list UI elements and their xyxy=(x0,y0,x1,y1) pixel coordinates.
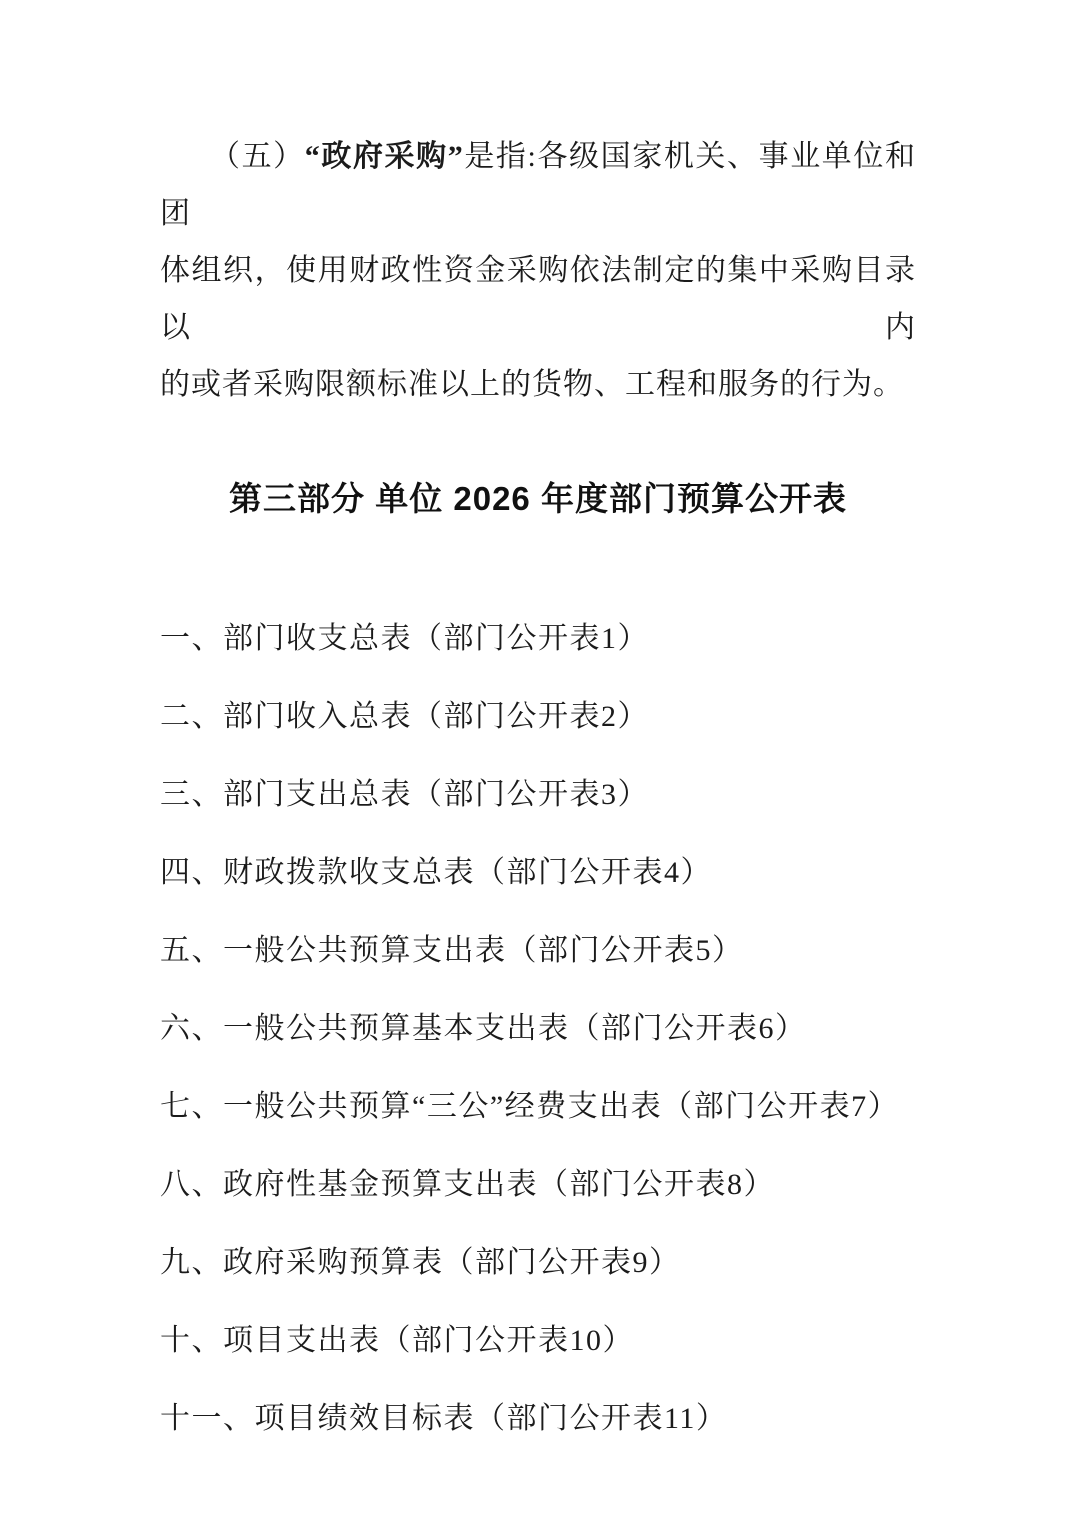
clause-number: （五） xyxy=(210,140,305,173)
toc-item: 五、一般公共预算支出表（部门公开表5） xyxy=(160,912,916,990)
section-heading: 第三部分 单位 2026 年度部门预算公开表 xyxy=(160,470,916,528)
document-page: （五）“政府采购”是指:各级国家机关、事业单位和团 体组织，使用财政性资金采购依… xyxy=(0,0,1074,1520)
table-of-tables-list: 一、部门收支总表（部门公开表1）二、部门收入总表（部门公开表2）三、部门支出总表… xyxy=(160,600,916,1458)
toc-item: 七、一般公共预算“三公”经费支出表（部门公开表7） xyxy=(160,1068,916,1146)
definition-paragraph: （五）“政府采购”是指:各级国家机关、事业单位和团 体组织，使用财政性资金采购依… xyxy=(160,128,916,413)
toc-item: 二、部门收入总表（部门公开表2） xyxy=(160,678,916,756)
document-content: （五）“政府采购”是指:各级国家机关、事业单位和团 体组织，使用财政性资金采购依… xyxy=(160,128,916,1458)
toc-item: 十、项目支出表（部门公开表10） xyxy=(160,1302,916,1380)
term-government-procurement: “政府采购” xyxy=(305,140,464,173)
paragraph-line-3: 的或者采购限额标准以上的货物、工程和服务的行为。 xyxy=(160,356,916,413)
toc-item: 三、部门支出总表（部门公开表3） xyxy=(160,756,916,834)
toc-item: 九、政府采购预算表（部门公开表9） xyxy=(160,1224,916,1302)
toc-item: 八、政府性基金预算支出表（部门公开表8） xyxy=(160,1146,916,1224)
toc-item: 一、部门收支总表（部门公开表1） xyxy=(160,600,916,678)
toc-item: 四、财政拨款收支总表（部门公开表4） xyxy=(160,834,916,912)
toc-item: 六、一般公共预算基本支出表（部门公开表6） xyxy=(160,990,916,1068)
paragraph-line-2: 体组织，使用财政性资金采购依法制定的集中采购目录以内 xyxy=(160,242,916,356)
toc-item: 十一、项目绩效目标表（部门公开表11） xyxy=(160,1380,916,1458)
paragraph-line-1: （五）“政府采购”是指:各级国家机关、事业单位和团 xyxy=(160,128,916,242)
